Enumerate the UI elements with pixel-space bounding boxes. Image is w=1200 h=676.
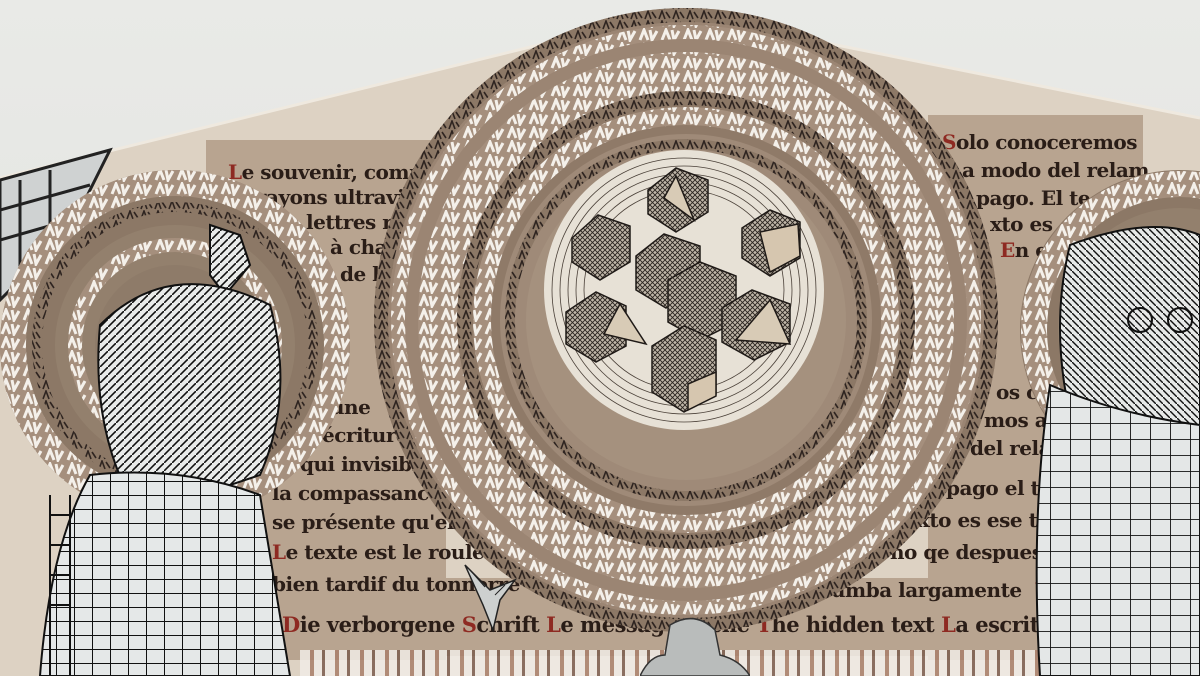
central-medallion bbox=[374, 8, 998, 632]
sparrow-in-flight bbox=[455, 555, 525, 635]
right-bearded-figure bbox=[1030, 215, 1200, 676]
mural-scene: Le souvenir, comme des rayons ultraviole… bbox=[0, 0, 1200, 676]
small-bust-sculpture bbox=[640, 615, 750, 676]
left-bearded-figure bbox=[20, 215, 310, 676]
